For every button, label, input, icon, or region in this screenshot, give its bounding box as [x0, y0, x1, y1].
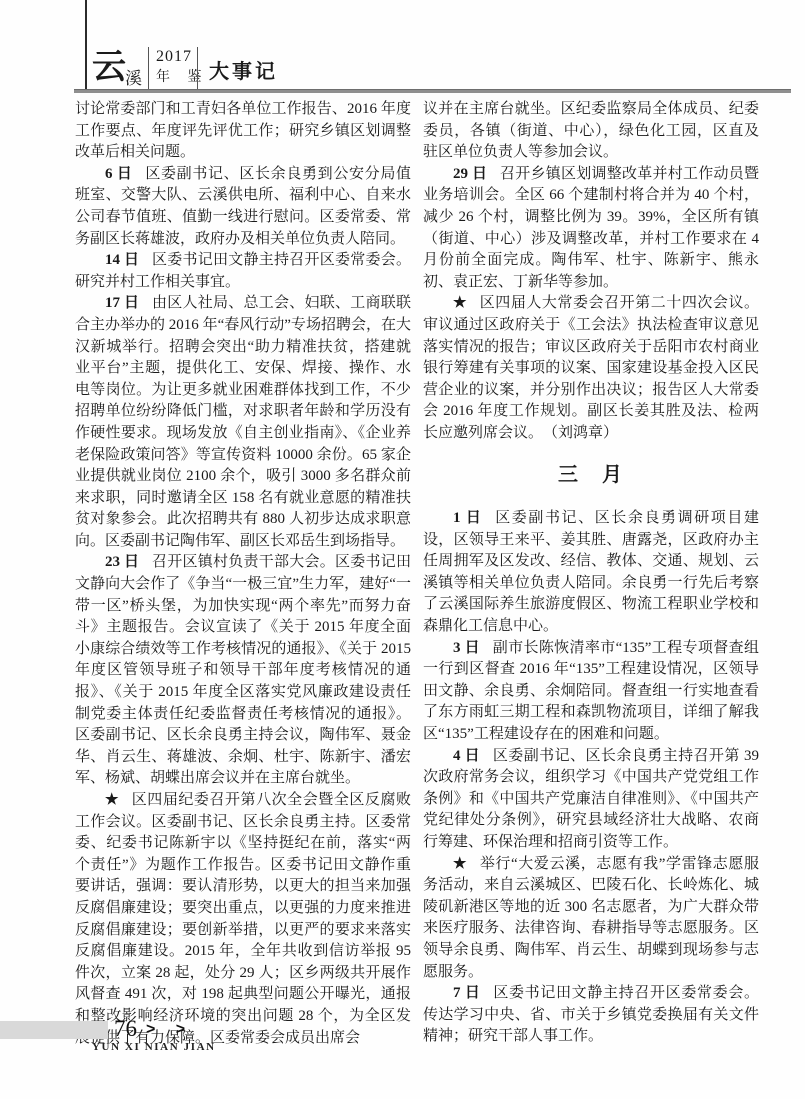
entry-mar-1: 1 日区委副书记、区长余良勇调研项目建设，区领导王来平、姜其胜、唐露尧，区政府办… — [423, 508, 759, 638]
header-year: 2017 — [156, 49, 192, 65]
entry-text: 召开区镇村负责干部大会。区委书记田文静向大会作了《争当“一极三宜”生力军，建好“… — [75, 554, 411, 786]
entry-mar-4: 4 日区委副书记、区长余良勇主持召开第 39 次政府常务会议，组织学习《中国共产… — [423, 746, 759, 854]
star-marker-icon: ★ — [453, 856, 467, 872]
day-label: 7 日 — [453, 985, 481, 1001]
entry-feb-6: 6 日区委副书记、区长余良勇到公安分局值班室、交警大队、云溪供电所、福利中心、自… — [75, 164, 411, 250]
day-label: 3 日 — [453, 640, 480, 656]
star-marker-icon: ★ — [105, 792, 119, 808]
page-number: 76 — [114, 1017, 137, 1040]
star-marker-icon: ★ — [453, 295, 467, 311]
day-label: 1 日 — [453, 510, 482, 526]
day-label: 23 日 — [105, 554, 139, 570]
footer-romanized-title: YUN XI NIAN JIAN — [92, 1041, 216, 1053]
logo-character-xi: 溪 — [125, 70, 142, 87]
continuation-paragraph: 讨论常委部门和工青妇各单位工作报告、2016 年度工作要点、年度评先评优工作；研… — [75, 99, 411, 164]
yearbook-page: 云 溪 2017 年 鉴 大事记 讨论常委部门和工青妇各单位工作报告、2016 … — [0, 0, 805, 1099]
day-label: 4 日 — [453, 748, 480, 764]
entry-star-discipline-plenary: ★区四届纪委召开第八次全会暨全区反腐败工作会议。区委副书记、区长余良勇主持。区委… — [75, 790, 411, 1049]
header-left-rule — [85, 0, 87, 89]
entry-feb-17: 17 日由区人社局、总工会、妇联、工商联联合主办举办的 2016 年“春风行动”… — [75, 293, 411, 552]
entry-text: 召开乡镇区划调整改革并村工作动员暨业务培训会。全区 66 个建制村将合并为 40… — [423, 166, 759, 290]
day-label: 29 日 — [453, 166, 487, 182]
entry-feb-23: 23 日召开区镇村负责干部大会。区委书记田文静向大会作了《争当“一极三宜”生力军… — [75, 552, 411, 790]
footer-gray-bar — [0, 1021, 108, 1039]
day-label: 17 日 — [105, 295, 139, 311]
header-divider — [197, 47, 198, 89]
entry-text: 区委副书记、区长余良勇调研项目建设，区领导王来平、姜其胜、唐露尧，区政府办主任周… — [423, 510, 759, 634]
header-horizontal-rule — [74, 89, 791, 93]
left-text-column: 讨论常委部门和工青妇各单位工作报告、2016 年度工作要点、年度评先评优工作；研… — [75, 99, 411, 1049]
entry-text: 区四届纪委召开第八次全会暨全区反腐败工作会议。区委副书记、区长余良勇主持。区委常… — [75, 792, 411, 1046]
right-text-column: 议并在主席台就坐。区纪委监察局全体成员、纪委委员，各镇（街道、中心），绿色化工园… — [423, 99, 759, 1048]
entry-star-volunteer: ★举行“大爱云溪，志愿有我”学雷锋志愿服务活动，来自云溪城区、巴陵石化、长岭炼化… — [423, 854, 759, 984]
continuation-paragraph: 议并在主席台就坐。区纪委监察局全体成员、纪委委员，各镇（街道、中心），绿色化工园… — [423, 99, 759, 164]
page-section-title: 大事记 — [209, 60, 278, 84]
header-divider — [148, 47, 149, 89]
entry-star-npc-session: ★区四届人大常委会召开第二十四次会议。审议通过区政府关于《工会法》执法检查审议意… — [423, 293, 759, 444]
entry-mar-7: 7 日区委书记田文静主持召开区委常委会。传达学习中央、省、市关于乡镇党委换届有关… — [423, 983, 759, 1048]
month-heading-march: 三 月 — [423, 465, 759, 487]
page-number-chevrons-icon: > > — [146, 1021, 193, 1039]
day-label: 14 日 — [105, 252, 139, 268]
entry-feb-29: 29 日召开乡镇区划调整改革并村工作动员暨业务培训会。全区 66 个建制村将合并… — [423, 164, 759, 294]
day-label: 6 日 — [105, 166, 133, 182]
logo-character-yun: 云 — [92, 51, 126, 85]
entry-text: 举行“大爱云溪，志愿有我”学雷锋志愿服务活动，来自云溪城区、巴陵石化、长岭炼化、… — [423, 856, 759, 980]
entry-feb-14: 14 日区委书记田文静主持召开区委常委会。研究并村工作相关事宜。 — [75, 250, 411, 293]
entry-mar-3: 3 日副市长陈恢清率市“135”工程专项督查组一行到区督查 2016 年“135… — [423, 638, 759, 746]
entry-text: 由区人社局、总工会、妇联、工商联联合主办举办的 2016 年“春风行动”专场招聘… — [75, 295, 411, 549]
header-yearbook-label: 年 鉴 — [156, 71, 209, 85]
entry-text: 区四届人大常委会召开第二十四次会议。审议通过区政府关于《工会法》执法检查审议意见… — [423, 295, 759, 441]
